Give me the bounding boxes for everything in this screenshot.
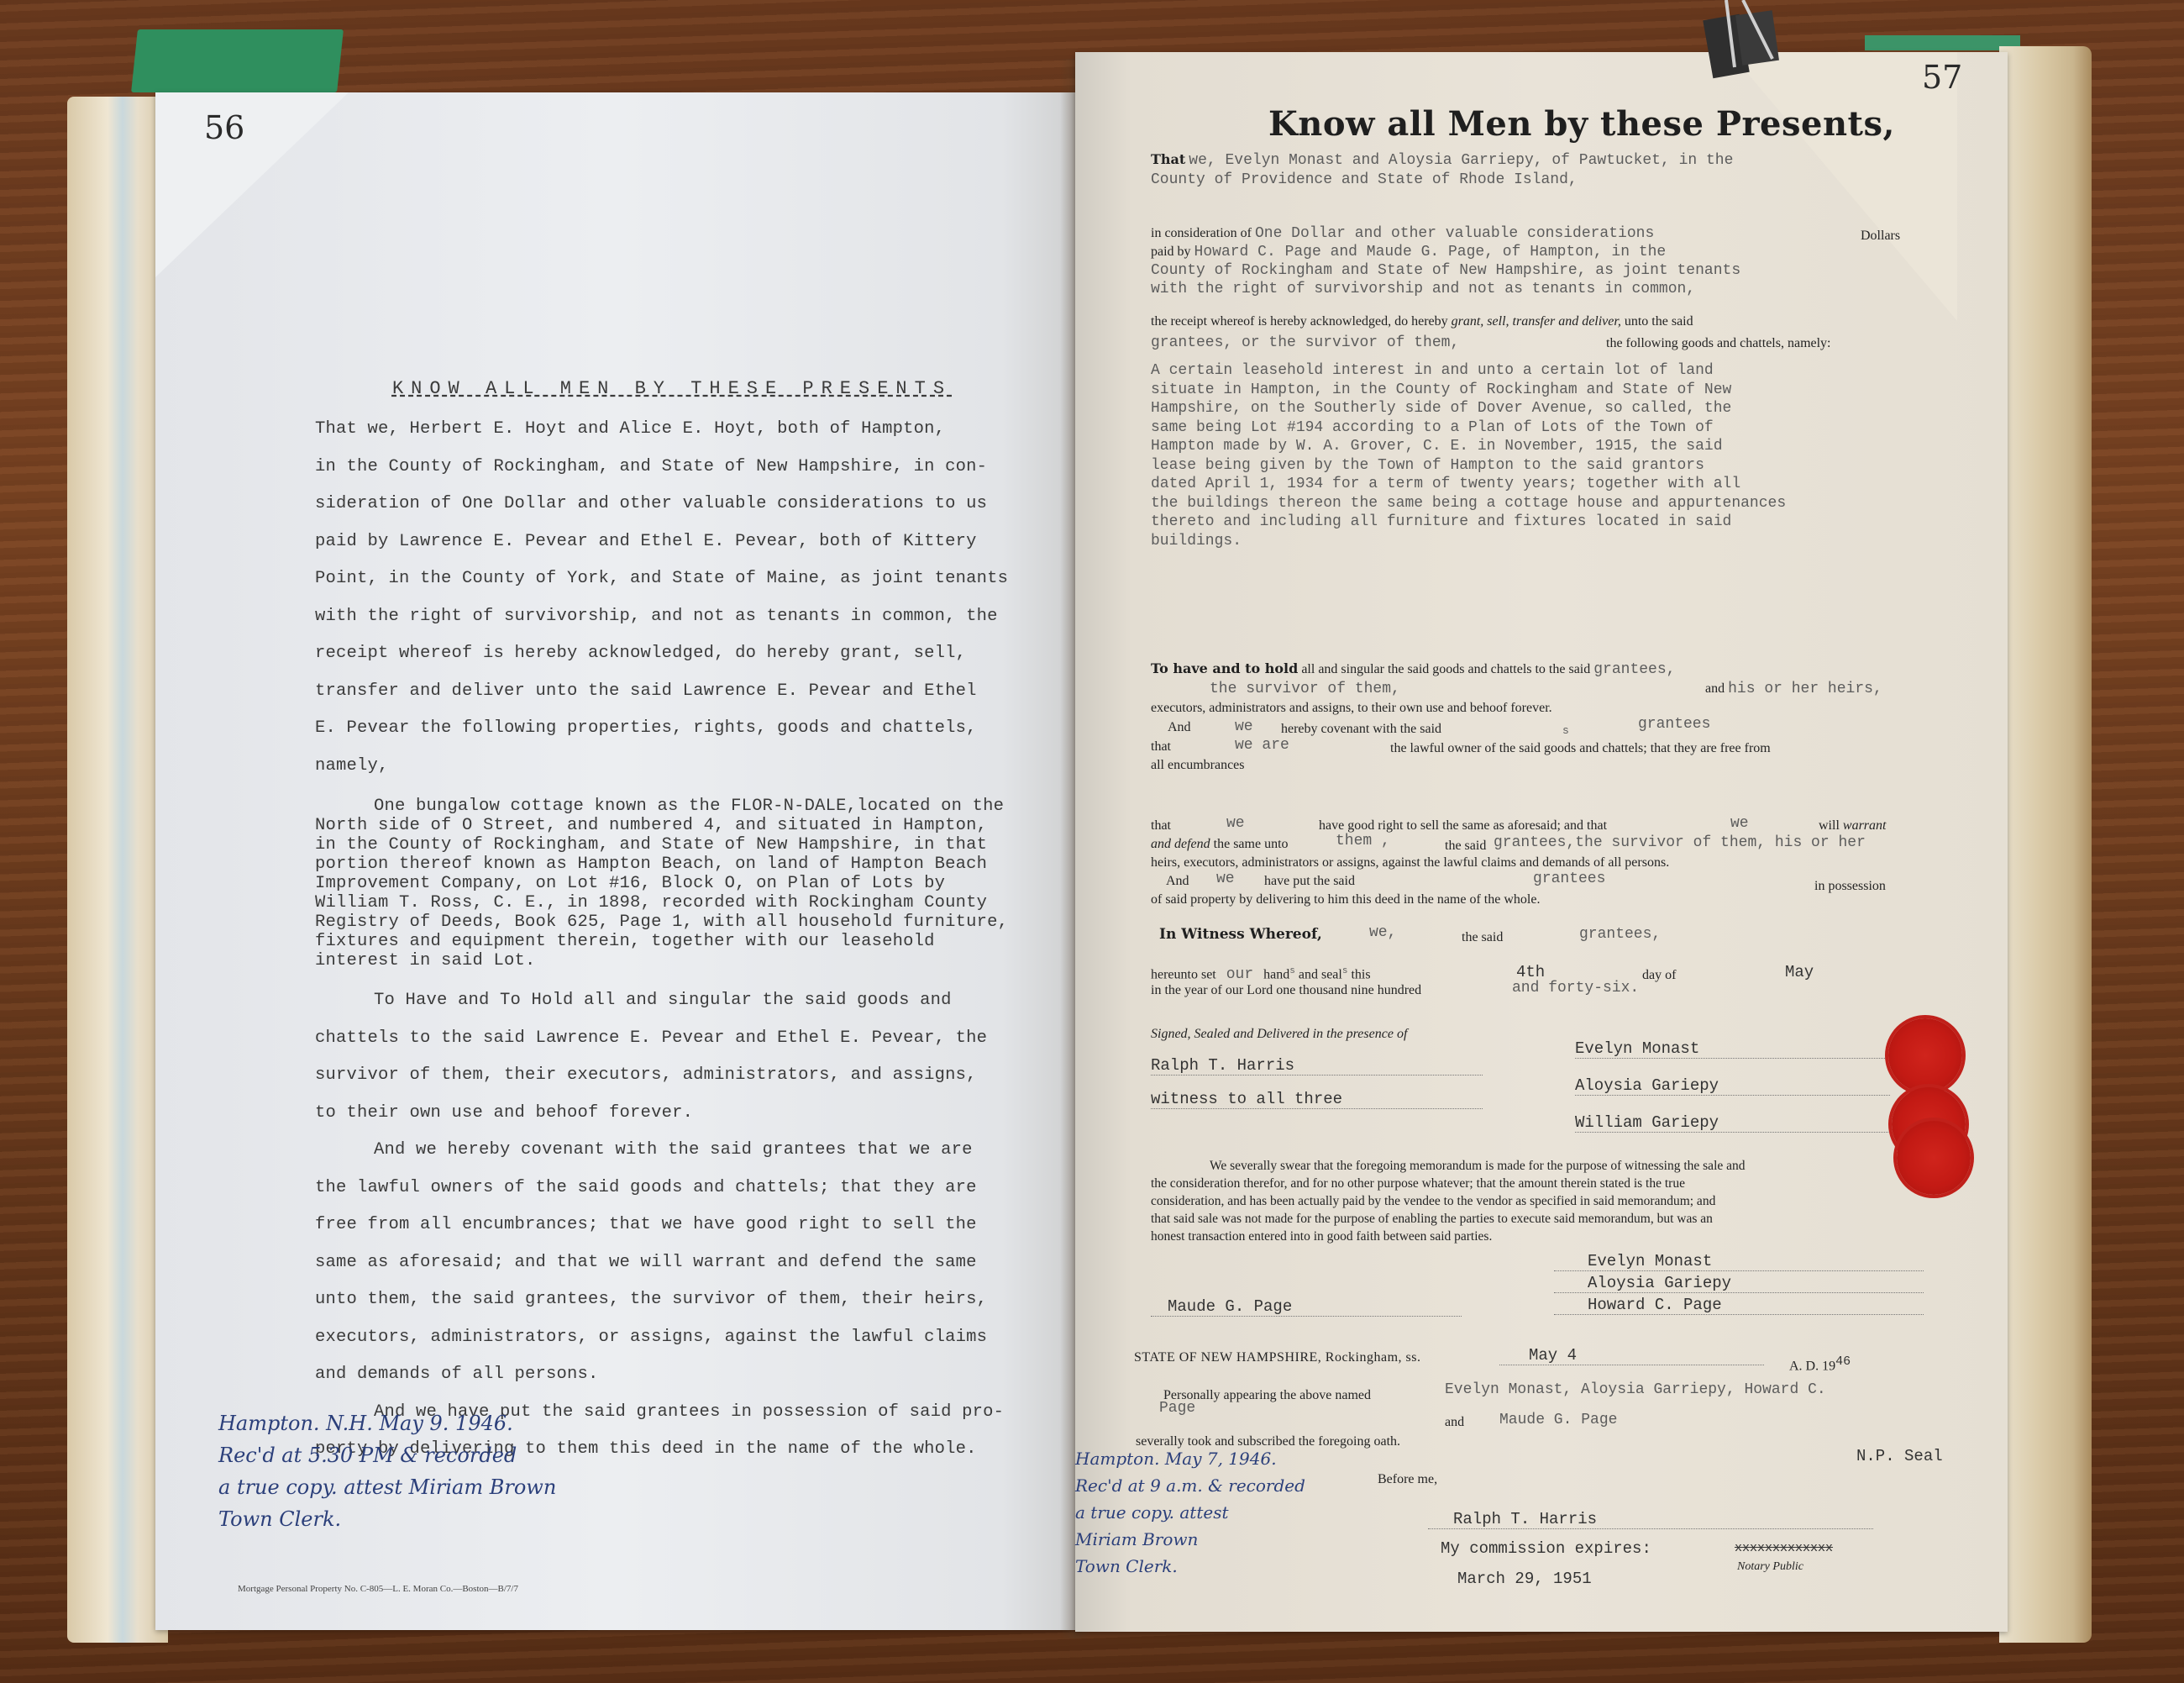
possession-text-2: in possession xyxy=(1814,879,1886,894)
handwritten-recording-note: Hampton. N.H. May 9. 1946.Rec'd at 5.30 … xyxy=(218,1407,556,1535)
covenant-and: And xyxy=(1168,720,1191,735)
warranty-typed: grantees,the survivor of them, his or he… xyxy=(1494,834,1866,851)
commission-label: My commission expires: xyxy=(1441,1539,1651,1558)
warranty-text: have good right to sell the same as afor… xyxy=(1319,818,1607,834)
wax-seal-1 xyxy=(1888,1018,1962,1092)
witness-signature: Ralph T. Harris xyxy=(1151,1056,1483,1076)
warranty-we-2: we xyxy=(1730,815,1749,832)
wax-seal-3 xyxy=(1897,1121,1971,1195)
text-line: with the right of survivorship, and not … xyxy=(315,598,1029,636)
text-line: Registry of Deeds, Book 625, Page 1, wit… xyxy=(315,913,1029,932)
text-line: William T. Ross, C. E., in 1898, recorde… xyxy=(315,893,1029,913)
goods-label: the following goods and chattels, namely… xyxy=(1606,336,1831,351)
covenant-text-3: all encumbrances xyxy=(1151,758,1245,773)
text-line: situate in Hampton, in the County of Roc… xyxy=(1151,381,1786,400)
text-line: North side of O Street, and numbered 4, … xyxy=(315,816,1029,835)
jurat-names-2: Page xyxy=(1159,1400,1195,1417)
text-line: Rec'd at 9 a.m. & recorded xyxy=(1075,1472,1305,1499)
jurat-and: and xyxy=(1445,1415,1464,1430)
commission-date: March 29, 1951 xyxy=(1457,1570,1592,1588)
text-line: paid by Lawrence E. Pevear and Ethel E. … xyxy=(315,523,1029,561)
text-line: Town Clerk. xyxy=(218,1503,556,1535)
text-line: Point, in the County of York, and State … xyxy=(315,560,1029,598)
text-line: Rec'd at 5.30 PM & recorded xyxy=(218,1439,556,1471)
text-line: a true copy. attest Miriam Brown xyxy=(218,1471,556,1503)
left-deed-text: KNOW ALL MEN BY THESE PRESENTS That we, … xyxy=(315,277,1029,1469)
text-line: thereto and including all furniture and … xyxy=(1151,513,1786,532)
text-line: unto them, the said grantees, the surviv… xyxy=(315,1281,1029,1319)
form-title: Know all Men by these Presents, xyxy=(1268,104,1895,144)
covenant-s: s xyxy=(1562,724,1569,737)
text-line: a true copy. attest xyxy=(1075,1499,1305,1526)
possession-grantees: grantees xyxy=(1533,870,1605,887)
text-line: executors, administrators, or assigns, a… xyxy=(315,1319,1029,1357)
text-line: chattels to the said Lawrence E. Pevear … xyxy=(315,1020,1029,1058)
text-line: One bungalow cottage known as the FLOR-N… xyxy=(315,797,1029,816)
text-line: A certain leasehold interest in and unto… xyxy=(1151,361,1786,381)
form-footer: Mortgage Personal Property No. C-805—L. … xyxy=(238,1584,518,1594)
habendum-line-1: To have and to hold all and singular the… xyxy=(1151,660,1675,678)
text-line: We severally swear that the foregoing me… xyxy=(1151,1157,1907,1175)
text-line: the buildings thereon the same being a c… xyxy=(1151,494,1786,513)
text-line: interest in said Lot. xyxy=(315,951,1029,970)
consideration-line: in consideration of One Dollar and other… xyxy=(1151,225,1654,242)
warranty-the-said: the said xyxy=(1445,839,1486,854)
jurat-names: Evelyn Monast, Aloysia Garriepy, Howard … xyxy=(1445,1381,1826,1398)
habendum-line-3: executors, administrators and assigns, t… xyxy=(1151,701,1552,716)
text-line: And we hereby covenant with the said gra… xyxy=(315,1132,1029,1170)
right-page: 57 Know all Men by these Presents, That … xyxy=(1075,52,2008,1632)
habendum-survivor: the survivor of them, xyxy=(1210,681,1400,697)
dollars-label: Dollars xyxy=(1861,229,1900,244)
text-line: in the County of Rockingham, and State o… xyxy=(315,835,1029,855)
text-line: lease being given by the Town of Hampton… xyxy=(1151,456,1786,476)
witness-we: we, xyxy=(1369,924,1396,941)
witness-month: May xyxy=(1785,963,1814,981)
possession-text: have put the said xyxy=(1264,874,1355,889)
text-line: in the County of Rockingham, and State o… xyxy=(315,449,1029,486)
warranty-text-3: heirs, executors, administrators or assi… xyxy=(1151,855,1669,870)
text-line: Miriam Brown xyxy=(1075,1526,1305,1553)
grantees-line-3: with the right of survivorship and not a… xyxy=(1151,281,1695,297)
witness-year-text: in the year of our Lord one thousand nin… xyxy=(1151,983,1421,998)
covenant-text-2: the lawful owner of the said goods and c… xyxy=(1390,741,1771,756)
possession-text-3: of said property by delivering to him th… xyxy=(1151,892,1540,907)
property-description: A certain leasehold interest in and unto… xyxy=(1151,361,1786,550)
green-bookmark-tab-right xyxy=(1865,35,2020,50)
covenant-we-are: we are xyxy=(1235,737,1289,754)
page-number: 57 xyxy=(1922,59,1962,96)
text-line: E. Pevear the following properties, righ… xyxy=(315,710,1029,748)
warranty-that: that xyxy=(1151,818,1171,834)
oath-signature: Evelyn Monast xyxy=(1554,1252,1924,1271)
struck-text: xxxxxxxxxxxxx xyxy=(1735,1541,1833,1555)
page-edges-left xyxy=(67,97,168,1643)
grantors-line-2: County of Providence and State of Rhode … xyxy=(1151,171,1578,188)
deed-opening-paragraph: That we, Herbert E. Hoyt and Alice E. Ho… xyxy=(315,411,1029,785)
notary-public-label: Notary Public xyxy=(1737,1560,1803,1574)
text-line: Town Clerk. xyxy=(1075,1553,1305,1580)
grantor-signature: Aloysia Gariepy xyxy=(1575,1076,1890,1096)
text-line: Hampton made by W. A. Grover, C. E. in N… xyxy=(1151,437,1786,456)
binder-clip-icon xyxy=(1693,0,1793,80)
covenant-paragraph: And we hereby covenant with the said gra… xyxy=(315,1132,1029,1394)
signed-sealed-label: Signed, Sealed and Delivered in the pres… xyxy=(1151,1027,1407,1042)
text-line: To Have and To Hold all and singular the… xyxy=(315,982,1029,1020)
receipt-clause: the receipt whereof is hereby acknowledg… xyxy=(1151,314,1693,329)
text-line: honest transaction entered into in good … xyxy=(1151,1228,1907,1245)
oath-signature: Howard C. Page xyxy=(1554,1296,1924,1315)
text-line: Hampshire, on the Southerly side of Dove… xyxy=(1151,399,1786,418)
before-me: Before me, xyxy=(1378,1472,1437,1487)
text-line: consideration, and has been actually pai… xyxy=(1151,1192,1907,1210)
text-line: sideration of One Dollar and other valua… xyxy=(315,486,1029,523)
witness-the-said: the said xyxy=(1462,930,1503,945)
text-line: portion thereof known as Hampton Beach, … xyxy=(315,855,1029,874)
text-line: dated April 1, 1934 for a term of twenty… xyxy=(1151,475,1786,494)
hereunto-line: hereunto set our hands and seals this xyxy=(1151,966,1371,983)
witness-day-of: day of xyxy=(1642,968,1676,983)
warranty-them: them , xyxy=(1336,833,1390,849)
oath-left-signature: Maude G. Page xyxy=(1151,1297,1462,1317)
text-line: transfer and deliver unto the said Lawre… xyxy=(315,673,1029,711)
witness-day: 4th xyxy=(1516,963,1545,981)
green-bookmark-tab xyxy=(131,29,344,92)
property-description: One bungalow cottage known as the FLOR-N… xyxy=(315,797,1029,970)
text-line: receipt whereof is hereby acknowledged, … xyxy=(315,635,1029,673)
witness-grantees: grantees, xyxy=(1579,926,1661,943)
left-page: 56 KNOW ALL MEN BY THESE PRESENTS That w… xyxy=(155,92,1075,1630)
text-line: fixtures and equipment therein, together… xyxy=(315,932,1029,951)
text-line: That we, Herbert E. Hoyt and Alice E. Ho… xyxy=(315,411,1029,449)
warranty-we: we xyxy=(1226,815,1245,832)
text-line: Hampton. May 7, 1946. xyxy=(1075,1445,1305,1472)
possession-we: we xyxy=(1216,870,1235,887)
jurat-names-3: Maude G. Page xyxy=(1499,1412,1617,1428)
text-line: buildings. xyxy=(1151,532,1786,551)
oath-signature: Aloysia Gariepy xyxy=(1554,1274,1924,1293)
warranty-defend: and defend the same unto xyxy=(1151,837,1289,852)
paid-by-line: paid by Howard C. Page and Maude G. Page… xyxy=(1151,244,1666,260)
text-line: that said sale was not made for the purp… xyxy=(1151,1210,1907,1228)
text-line: the lawful owners of the said goods and … xyxy=(315,1170,1029,1207)
deed-title: KNOW ALL MEN BY THESE PRESENTS xyxy=(315,378,1029,399)
warranty-will: will warrant xyxy=(1819,818,1886,834)
page-edges-right xyxy=(1999,46,2092,1643)
witness-year-typed: and forty-six. xyxy=(1512,980,1639,997)
covenant-grantees: grantees xyxy=(1638,716,1710,733)
possession-and: And xyxy=(1166,874,1189,889)
text-line: free from all encumbrances; that we have… xyxy=(315,1207,1029,1244)
grantor-signature: William Gariepy xyxy=(1575,1113,1890,1133)
text-line: to their own use and behoof forever. xyxy=(315,1095,1029,1133)
oath-paragraph: We severally swear that the foregoing me… xyxy=(1151,1157,1907,1245)
covenant-that: that xyxy=(1151,739,1171,755)
text-line: the consideration therefor, and for no o… xyxy=(1151,1175,1907,1192)
grantors-line: That we, Evelyn Monast and Aloysia Garri… xyxy=(1151,151,1733,169)
page-number: 56 xyxy=(204,109,244,146)
text-line: same as aforesaid; and that we will warr… xyxy=(315,1244,1029,1282)
habendum-heirs: and his or her heirs, xyxy=(1705,681,1882,697)
handwritten-recording-note: Hampton. May 7, 1946.Rec'd at 9 a.m. & r… xyxy=(1075,1445,1305,1580)
covenant-text: hereby covenant with the said xyxy=(1281,722,1441,737)
text-line: Improvement Company, on Lot #16, Block O… xyxy=(315,874,1029,893)
text-line: same being Lot #194 according to a Plan … xyxy=(1151,418,1786,438)
jurat-state: STATE OF NEW HAMPSHIRE, Rockingham, ss. xyxy=(1134,1350,1421,1365)
text-line: and demands of all persons. xyxy=(315,1356,1029,1394)
text-line: survivor of them, their executors, admin… xyxy=(315,1057,1029,1095)
np-seal-label: N.P. Seal xyxy=(1856,1447,1943,1465)
witness-note: witness to all three xyxy=(1151,1090,1483,1109)
habendum-paragraph: To Have and To Hold all and singular the… xyxy=(315,982,1029,1132)
grantees-line-2: County of Rockingham and State of New Ha… xyxy=(1151,262,1740,279)
covenant-we: we xyxy=(1235,718,1253,735)
notary-signature: Ralph T. Harris xyxy=(1428,1510,1873,1529)
jurat-date: May 4 xyxy=(1499,1346,1764,1365)
text-line: Hampton. N.H. May 9. 1946. xyxy=(218,1407,556,1439)
witness-whereof: In Witness Whereof, xyxy=(1159,926,1322,943)
folded-corner xyxy=(155,92,349,277)
grantees-short: grantees, or the survivor of them, xyxy=(1151,334,1459,351)
grantor-signature: Evelyn Monast xyxy=(1575,1039,1890,1059)
jurat-ad: A. D. 1946 xyxy=(1789,1354,1851,1374)
text-line: namely, xyxy=(315,748,1029,786)
